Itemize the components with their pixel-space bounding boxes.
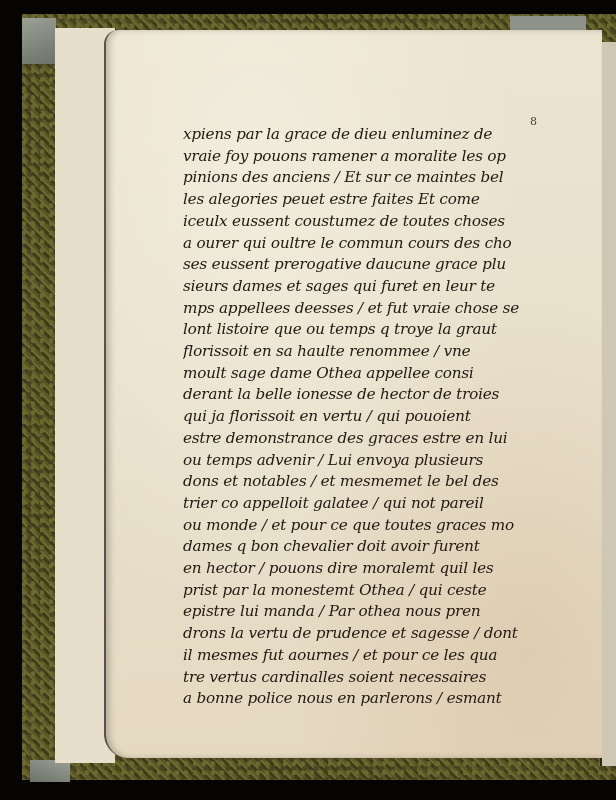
text-line: trier co appelloit galatee / qui not par…	[183, 493, 575, 515]
text-line: dames q bon chevalier doit avoir furent	[183, 536, 575, 558]
text-line: pinions des anciens / Et sur ce maintes …	[183, 167, 575, 189]
text-line: ses eussent prerogative daucune grace pl…	[183, 254, 575, 276]
text-line: iceulx eussent coustumez de toutes chose…	[183, 211, 575, 233]
text-line: en hector / pouons dire moralemt quil le…	[183, 558, 575, 580]
text-line: xpiens par la grace de dieu enluminez de	[183, 124, 575, 146]
text-line: epistre lui manda / Par othea nous pren	[183, 601, 575, 623]
text-line: estre demonstrance des graces estre en l…	[183, 428, 575, 450]
text-line: lont listoire que ou temps q troye la gr…	[183, 319, 575, 341]
binding-corner-bottom-left	[30, 760, 70, 782]
text-line: a bonne police nous en parlerons / esman…	[183, 688, 575, 710]
text-line: drons la vertu de prudence et sagesse / …	[183, 623, 575, 645]
text-line: il mesmes fut aournes / et pour ce les q…	[183, 645, 575, 667]
manuscript-text-block: xpiens par la grace de dieu enluminez de…	[183, 124, 575, 710]
text-line: mps appellees deesses / et fut vraie cho…	[183, 298, 575, 320]
text-line: florissoit en sa haulte renommee / vne	[183, 341, 575, 363]
text-line: a ourer qui oultre le commun cours des c…	[183, 233, 575, 255]
text-line: ou monde / et pour ce que toutes graces …	[183, 515, 575, 537]
binding-corner-top-left	[22, 18, 56, 64]
text-line: tre vertus cardinalles soient necessaire…	[183, 667, 575, 689]
text-line: les alegories peuet estre faites Et come	[183, 189, 575, 211]
text-line: dons et notables / et mesmemet le bel de…	[183, 471, 575, 493]
text-line: sieurs dames et sages qui furet en leur …	[183, 276, 575, 298]
text-line: ou temps advenir / Lui envoya plusieurs	[183, 450, 575, 472]
page-edge-right	[600, 42, 616, 766]
text-line: vraie foy pouons ramener a moralite les …	[183, 146, 575, 168]
text-line: prist par la monestemt Othea / qui ceste	[183, 580, 575, 602]
text-line: moult sage dame Othea appellee consi	[183, 363, 575, 385]
text-line: derant la belle ionesse de hector de tro…	[183, 384, 575, 406]
text-line: qui ja florissoit en vertu / qui pouoien…	[183, 406, 575, 428]
